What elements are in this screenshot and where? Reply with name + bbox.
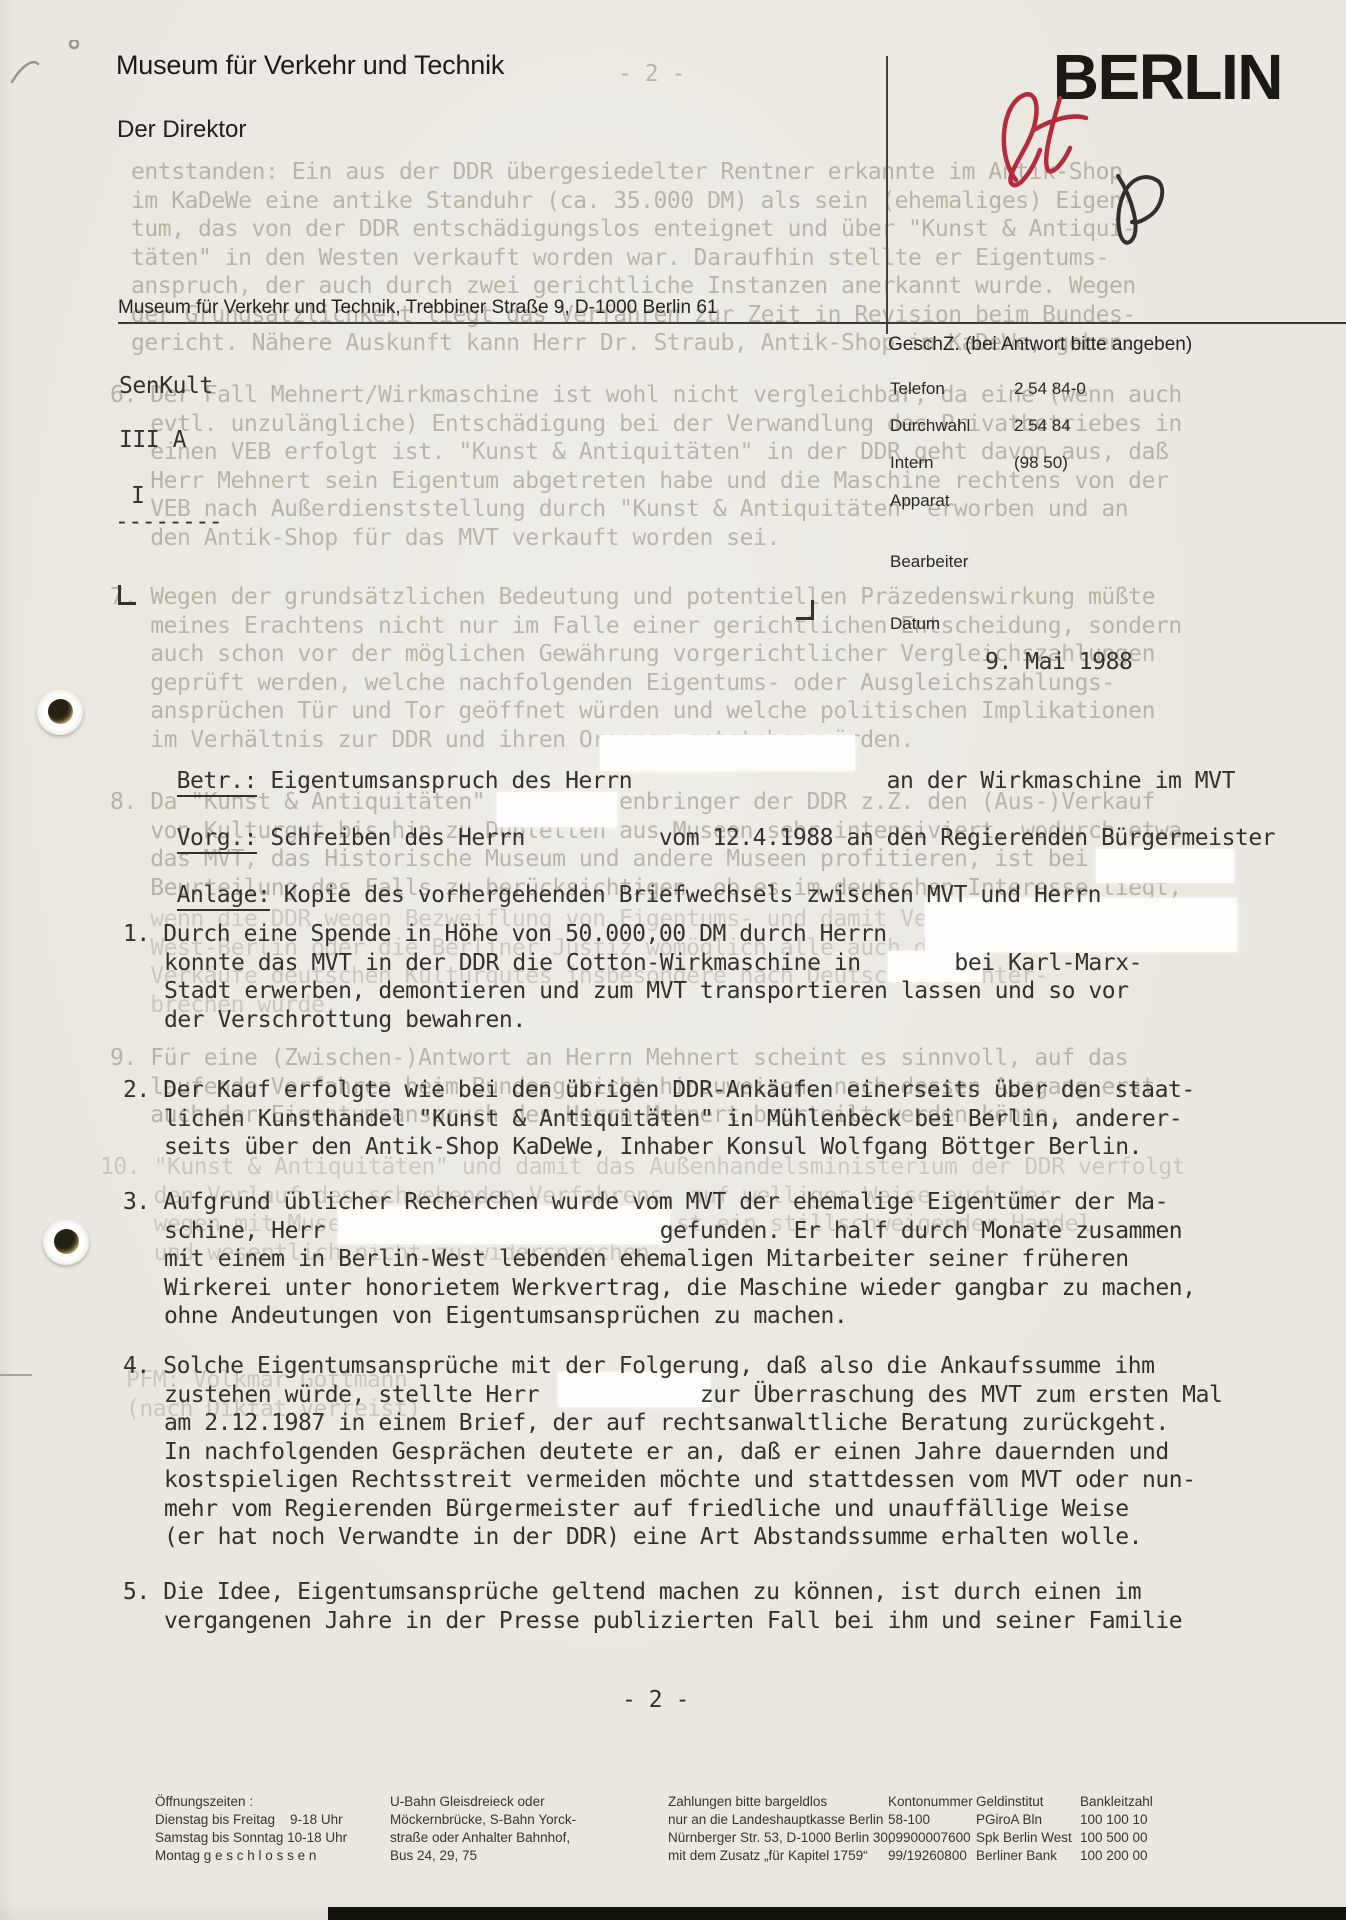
text-line: Spk Berlin West: [976, 1829, 1072, 1847]
sender-title: Der Direktor: [117, 116, 246, 144]
geschz-label: GeschZ. (bei Antwort bitte angeben): [888, 334, 1192, 356]
red-initials-stroke: [1004, 94, 1040, 185]
paragraph-5: 5. Die Idee, Eigentumsansprüche geltend …: [123, 1578, 1182, 1635]
text-line: Zahlungen bitte bargeldlos: [668, 1793, 892, 1811]
contact-label-telefon: Telefon: [890, 379, 945, 399]
paragraph-2: 2. Der Kauf erfolgte wie bei den übrigen…: [123, 1076, 1195, 1162]
text-line: 3. Aufgrund üblicher Recherchen wurde vo…: [123, 1188, 1196, 1217]
scan-edge-bar: [328, 1907, 1346, 1920]
black-initial-stroke: [1118, 176, 1162, 243]
handwritten-initials: [968, 78, 1228, 253]
text-line: nur an die Landeshauptkasse Berlin: [668, 1811, 892, 1829]
contact-value-telefon: 2 54 84-0: [1014, 379, 1086, 399]
address-underline-rule: [118, 322, 1346, 324]
text-line: Samstag bis Sonntag 10-18 Uhr: [155, 1829, 347, 1847]
text-line: Wirkerei unter honorietem Werkvertrag, d…: [164, 1274, 1196, 1303]
text-line: 100 100 10: [1080, 1811, 1153, 1829]
betr-text: Eigentumsanspruch des Herrn an der Wirkm…: [257, 768, 1235, 794]
letter-date: 9. Mai 1988: [985, 648, 1132, 677]
text-line: 100 200 00: [1080, 1847, 1153, 1865]
betr-label: Betr.:: [177, 768, 257, 797]
footer-transit-info: U-Bahn Gleisdreieck oderMöckernbrücke, S…: [390, 1793, 576, 1865]
text-line: 99/19260800: [888, 1847, 973, 1865]
footer-opening-hours: Öffnungszeiten :Dienstag bis Freitag 9-1…: [155, 1793, 347, 1865]
text-line: Bankleitzahl: [1080, 1793, 1153, 1811]
paragraph-3: 3. Aufgrund üblicher Recherchen wurde vo…: [123, 1188, 1196, 1331]
anlage-label: Anlage:: [177, 882, 271, 911]
text-line: PGiroA Bln: [976, 1811, 1072, 1829]
text-line: mit einem in Berlin-West lebenden ehemal…: [164, 1245, 1196, 1274]
return-address-line: Museum für Verkehr und Technik, Trebbine…: [118, 297, 718, 319]
text-line: 5. Die Idee, Eigentumsansprüche geltend …: [123, 1578, 1182, 1607]
address-window-corner-right: [796, 600, 814, 620]
contact-value-durchwahl: 2 54 84: [1014, 416, 1071, 436]
text-line: seits über den Antik-Shop KaDeWe, Inhabe…: [164, 1133, 1195, 1162]
fold-mark: [0, 1374, 32, 1376]
text-line: meines Erachtens nicht nur im Falle eine…: [110, 612, 1182, 641]
vorg-text: Schreiben des Herrn vom 12.4.1988 an den…: [257, 825, 1275, 851]
text-line: den Antik-Shop für das MVT verkauft word…: [110, 524, 1182, 553]
text-line: der Verschrottung bewahren.: [164, 1006, 1142, 1035]
contact-label-apparat: Apparat: [890, 491, 950, 511]
text-line: Dienstag bis Freitag 9-18 Uhr: [155, 1811, 347, 1829]
text-line: VEB nach Außerdienststellung durch "Kuns…: [110, 495, 1182, 524]
text-line: 4. Solche Eigentumsansprüche mit der Fol…: [123, 1352, 1222, 1381]
text-line: ansprüchen Tür und Tor geöffnet würden u…: [110, 697, 1182, 726]
text-line: 09900007600: [888, 1829, 973, 1847]
text-line: 2. Der Kauf erfolgte wie bei den übrigen…: [123, 1076, 1195, 1105]
ref-i: I: [131, 482, 144, 511]
scanned-letter-page: entstanden: Ein aus der DDR übergesiedel…: [0, 0, 1346, 1920]
text-line: am 2.12.1987 in einem Brief, der auf rec…: [164, 1409, 1222, 1438]
text-line: straße oder Anhalter Bahnhof,: [390, 1829, 576, 1847]
footer-account-numbers: Kontonummer58-1000990000760099/19260800: [888, 1793, 973, 1865]
footer-bank-codes: Bankleitzahl100 100 10100 500 00100 200 …: [1080, 1793, 1153, 1865]
paperclip-mark: [4, 40, 94, 95]
text-line: 9. Für eine (Zwischen-)Antwort an Herrn …: [110, 1044, 1155, 1073]
punch-hole: [37, 689, 83, 735]
organization-name: Museum für Verkehr und Technik: [116, 50, 504, 81]
text-line: Bus 24, 29, 75: [390, 1847, 576, 1865]
text-line: Möckernbrücke, S-Bahn Yorck-: [390, 1811, 576, 1829]
page-number: - 2 -: [622, 1686, 689, 1715]
text-line: Kontonummer: [888, 1793, 973, 1811]
text-line: mehr vom Regierenden Bürgermeister auf f…: [164, 1495, 1222, 1524]
text-line: Geldinstitut: [976, 1793, 1072, 1811]
text-line: Montag g e s c h l o s s e n: [155, 1847, 347, 1865]
text-line: zustehen würde, stellte Herr zur Überras…: [164, 1381, 1222, 1410]
text-line: schine, Herr gefunden. Er half durch Mon…: [164, 1217, 1196, 1246]
text-line: 1. Durch eine Spende in Höhe von 50.000,…: [123, 920, 1142, 949]
text-line: ohne Andeutungen von Eigentumsansprüchen…: [164, 1302, 1196, 1331]
text-line: Öffnungszeiten :: [155, 1793, 347, 1811]
anlage-text: Kopie des vorhergehenden Briefwechsels z…: [270, 882, 1101, 908]
text-line: konnte das MVT in der DDR die Cotton-Wir…: [164, 949, 1142, 978]
text-line: 58-100: [888, 1811, 973, 1829]
text-line: 7. Wegen der grundsätzlichen Bedeutung u…: [110, 583, 1182, 612]
paragraph-1: 1. Durch eine Spende in Höhe von 50.000,…: [123, 920, 1142, 1034]
ref-iii-a: III A: [119, 426, 186, 455]
ref-dashes: --------: [115, 508, 222, 537]
contact-label-bearbeiter: Bearbeiter: [890, 552, 968, 572]
contact-label-datum: Datum: [890, 614, 940, 634]
text-line: U-Bahn Gleisdreieck oder: [390, 1793, 576, 1811]
footer-banks: GeldinstitutPGiroA BlnSpk Berlin WestBer…: [976, 1793, 1072, 1865]
vorg-label: Vorg.:: [177, 825, 257, 854]
text-line: Nürnberger Str. 53, D-1000 Berlin 30,: [668, 1829, 892, 1847]
paragraph-4: 4. Solche Eigentumsansprüche mit der Fol…: [123, 1352, 1222, 1552]
text-line: (er hat noch Verwandte in der DDR) eine …: [164, 1523, 1222, 1552]
red-initials-stroke: [1034, 98, 1086, 171]
contact-value-intern: (98 50): [1014, 453, 1068, 473]
text-line: In nachfolgenden Gesprächen deutete er a…: [164, 1438, 1222, 1467]
text-line: 100 500 00: [1080, 1829, 1153, 1847]
text-line: kostspieligen Rechtsstreit vermeiden möc…: [164, 1466, 1222, 1495]
bleedthrough-page-number: - 2 -: [618, 60, 685, 89]
text-line: Stadt erwerben, demontieren und zum MVT …: [164, 977, 1142, 1006]
punch-hole: [43, 1219, 89, 1265]
text-line: vergangenen Jahre in der Presse publizie…: [164, 1607, 1182, 1636]
contact-label-intern: Intern: [890, 453, 933, 473]
footer-payment-info: Zahlungen bitte bargeldlosnur an die Lan…: [668, 1793, 892, 1865]
address-window-corner-left: [118, 585, 136, 605]
text-line: Berliner Bank: [976, 1847, 1072, 1865]
text-line: mit dem Zusatz „für Kapitel 1759“: [668, 1847, 892, 1865]
text-line: lichen Kunsthandel "Kunst & Antiquitäten…: [164, 1105, 1195, 1134]
letterhead-divider-line: [886, 56, 888, 334]
ref-senkult: SenKult: [119, 372, 213, 401]
contact-label-durchwahl: Durchwahl: [890, 416, 970, 436]
